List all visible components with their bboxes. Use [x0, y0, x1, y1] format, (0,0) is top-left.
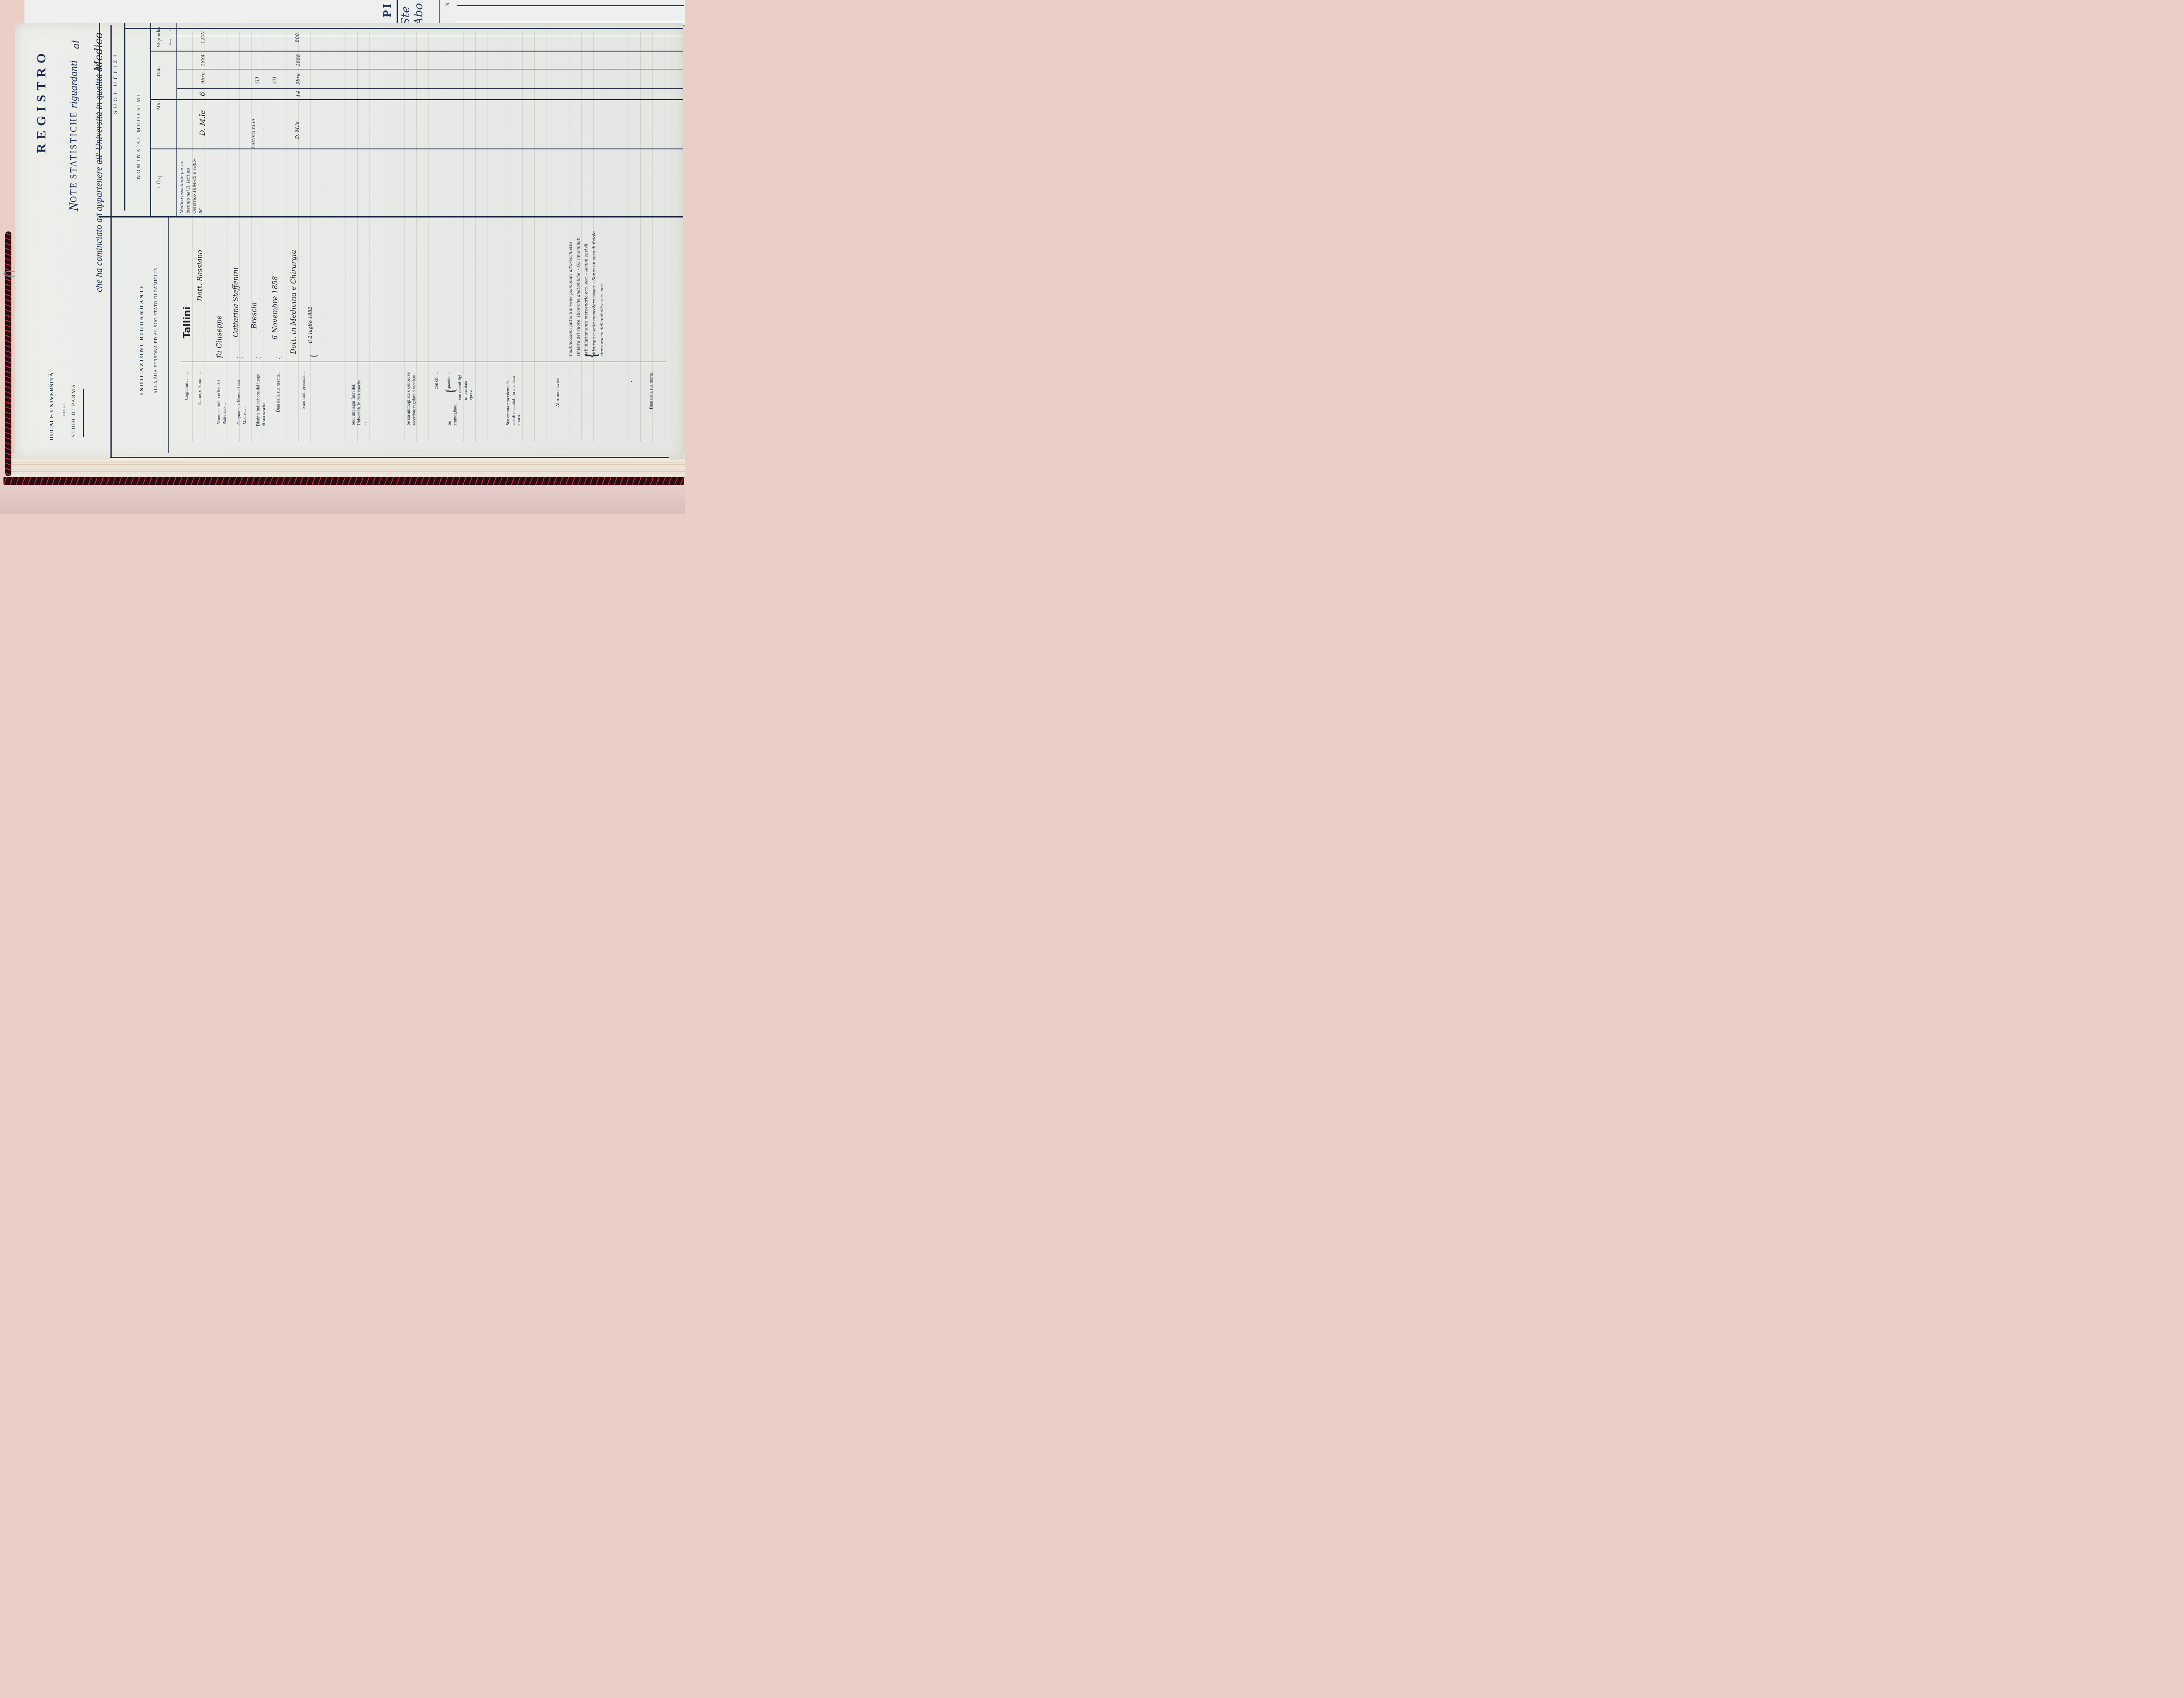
- header-rule: [150, 23, 151, 217]
- field-label-annotazioni: Altre annotazioni . .: [556, 372, 561, 407]
- indicazioni-heading: INDICAZIONI RIGUARDANTI: [138, 285, 145, 395]
- underpage-rule: [457, 5, 684, 6]
- column-header-atto: Atto: [156, 101, 162, 110]
- office-entry-4-year: 1888: [295, 54, 301, 66]
- underpage-rule: [457, 22, 684, 22]
- field-label-madre: Cognome, e Nome di sua Madre . . .: [237, 372, 248, 424]
- value-annotazioni: Pubblicazioni fatte: Sul vene polmonari …: [567, 228, 606, 356]
- brace: {: [237, 356, 244, 359]
- office-entry-1: Medico-assistente per un biennio nel R. …: [179, 155, 205, 214]
- underlying-page: PI Ste Abo N: [24, 0, 685, 26]
- office-entry-1-atto: D. M.le: [198, 110, 207, 135]
- office-entry-3-atto: ": [262, 128, 268, 130]
- header-rule: [124, 23, 125, 211]
- column-header-stipendio: Stipendio: [156, 27, 162, 47]
- field-label-data-nascita: Data della sua nascita .: [276, 372, 282, 412]
- column-header-uffizj: Uffizj: [156, 176, 162, 188]
- riguardanti-word: riguardanti: [68, 60, 79, 108]
- office-entry-1-year: 1884: [200, 54, 206, 66]
- stipendio-lire-label: Lire n.: [169, 38, 172, 46]
- field-label-impieghi: Suoi impieghi fuori dell' Università, in…: [351, 372, 368, 425]
- field-label-stato-civile: Se sia ammogliato o celibe; se sacerdote…: [406, 372, 417, 425]
- personal-header-rule: [168, 217, 169, 453]
- column-rule-data-month: [176, 88, 683, 89]
- brace: {: [308, 354, 319, 359]
- ornament-rule: [83, 389, 84, 437]
- brace: {: [276, 356, 283, 359]
- note-word: OTE: [69, 182, 79, 203]
- value-nome: Dott. Bassiano: [196, 250, 204, 301]
- value-titoli-data: il 2 luglio 1882: [308, 307, 313, 343]
- note-statistiche-heading: NOTE STATISTICHE riguardanti: [66, 60, 81, 211]
- office-entry-1-month: 9bre: [200, 72, 206, 84]
- office-entry-2-note: (1): [254, 77, 260, 84]
- value-luogo-nascita: Brescia: [250, 302, 258, 329]
- field-label-se-ammogliato: Se ammogliato,: [447, 401, 458, 425]
- underpage-rule: [439, 0, 440, 25]
- office-entry-1-stipendio-c: ": [203, 28, 207, 30]
- field-label-con-chi: con chi . .: [434, 372, 440, 389]
- column-rule-stipendio-data: [150, 51, 683, 52]
- column-rule-atto-uffizj: [150, 148, 683, 149]
- suoi-uffizi-heading: SUOI UFFIZJ: [112, 52, 119, 114]
- office-entry-1-day: 6: [198, 92, 207, 96]
- field-label-luogo-nascita: Distinta indicazione del luogo di sua na…: [256, 372, 267, 426]
- column-header-data: Data: [156, 66, 162, 76]
- value-padre: fu Giuseppe: [215, 315, 223, 358]
- office-entry-1-stipendio: 1200: [200, 31, 206, 44]
- underpage-handwriting: Ste Abo: [399, 0, 425, 25]
- column-rule-data-year: [176, 69, 683, 69]
- field-label-figli: con quanti figli, in una data epoca . .: [458, 372, 474, 400]
- institution-line-2: DEGLI: [63, 404, 66, 416]
- table-surface: [0, 485, 685, 514]
- registro-title: REGISTRO: [34, 49, 49, 153]
- handwritten-al: al: [71, 40, 82, 49]
- field-label-titoli: Suoi titoli personali .: [301, 372, 307, 409]
- office-entry-2-atto: Lettera m.le: [251, 119, 256, 148]
- statistiche-word: STATISTICHE: [69, 111, 79, 179]
- institution-line-1: DUCALE UNIVERSITÀ: [48, 372, 55, 441]
- column-rule-data-atto: [150, 99, 683, 100]
- frame-bottom-rule: [110, 457, 669, 460]
- underpage-title: PI: [380, 2, 394, 17]
- value-cognome: Tallini: [182, 307, 193, 338]
- register-page: REGISTRO NOTE STATISTICHE riguardanti al…: [15, 23, 683, 459]
- brace: {: [443, 388, 458, 394]
- marbled-cover-spine: [5, 231, 11, 476]
- section-rule-offices-personal: [99, 216, 683, 217]
- note-initial: N: [66, 203, 81, 211]
- alla-sua-persona-heading: ALLA SUA PERSONA ED AL SUO STATO DI FAMI…: [154, 267, 159, 393]
- field-label-morte: Data della sua morte.: [649, 372, 655, 409]
- office-entry-3-note: (2): [272, 77, 277, 84]
- field-label-padre: Nome, e titoli o uffizj del Padre suo . …: [217, 372, 228, 424]
- nomina-heading: NOMINA AI MEDESIMI: [135, 93, 142, 179]
- office-entry-4-month: 9bre: [295, 73, 301, 85]
- header-rule: [99, 23, 100, 162]
- brace: {: [256, 356, 263, 359]
- ink-dot: [631, 381, 632, 382]
- column-rule-stipendio-top: [124, 28, 683, 29]
- institution-line-3: STUDI DI PARMA: [70, 383, 77, 438]
- value-titoli: Dott. in Medicina e Chirurgia: [289, 250, 297, 354]
- value-madre: Catterina Steffenini: [232, 267, 240, 337]
- field-label-nome: Nome, o Nomi . . .: [197, 372, 203, 405]
- marbled-cover-edge: [3, 477, 684, 485]
- underpage-rule: [397, 0, 398, 25]
- office-entry-4-day: 14: [295, 91, 301, 97]
- underpage-column-letter: N: [444, 3, 451, 7]
- field-label-entrata: Sua entrata procedente da stabili o capi…: [506, 372, 522, 425]
- label-boundary: [181, 362, 666, 362]
- value-data-nascita: 6 Novembre 1858: [271, 276, 279, 340]
- office-entry-4-stipendio: 800: [294, 33, 300, 42]
- office-entry-4-atto: D. M.le: [294, 121, 300, 139]
- field-label-quando: quando . .: [446, 372, 452, 389]
- column-rule-lire-c: [172, 36, 683, 36]
- field-label-cognome: Cognome . . . . .: [184, 372, 190, 400]
- header-rule: [176, 23, 177, 217]
